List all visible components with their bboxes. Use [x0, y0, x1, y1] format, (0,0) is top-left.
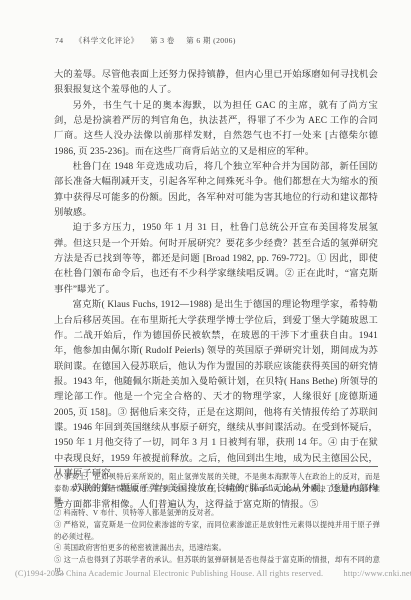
footer-url: http://www.cnki.net	[344, 569, 411, 578]
footnote-item: ② 科南特、V 布什、贝特等人都是氢弹的反对者。	[54, 507, 380, 519]
footnotes-section: ① 事实上，正如贝特后来所说的，阻止氢弹发展的关键，不是奥本海默等人在政治上的反…	[54, 471, 380, 578]
copyright-footer: (C)1994-2023 China Academic Journal Elec…	[15, 569, 411, 578]
footnote-item: ③ 严格说，富克斯是一位同位素渗滤的专家，而同位素渗滤正是放射性元素得以提纯并用…	[54, 519, 380, 543]
copyright-text: (C)1994-2023 China Academic Journal Elec…	[15, 569, 323, 578]
journal-page: 74 《科学文化评论》 第 3 卷 第 6 期 (2006) 大的羞辱。尽管他表…	[0, 0, 411, 600]
page-header: 74 《科学文化评论》 第 3 卷 第 6 期 (2006)	[55, 35, 381, 46]
volume-label: 第 3 卷	[150, 36, 175, 45]
article-body: 大的羞辱。尽管他表面上还努力保持镇静，但内心里已开始琢磨如何寻找机会狠狠报复这个…	[54, 68, 378, 513]
footnote-separator	[54, 466, 378, 467]
body-paragraph: 富克斯( Klaus Fuchs, 1912—1988) 是出生于德国的理论物理…	[54, 298, 378, 482]
journal-title: 《科学文化评论》	[75, 36, 139, 45]
body-paragraph: 迫于多方压力，1950 年 1 月 31 日，杜鲁门总统公开宣布美国将发展氢弹。…	[54, 221, 378, 298]
footnote-item: ④ 英国政府害怕更多的秘密被泄漏出去，迅速结案。	[54, 542, 380, 554]
body-paragraph: 杜鲁门在 1948 年竞选成功后，将几个独立军种合并为国防部，新任国防部长准备大…	[54, 160, 378, 221]
body-paragraph: 另外，书生气十足的奥本海默，以为担任 GAC 的主席，就有了尚方宝剑，总是扮演着…	[54, 99, 378, 160]
page-number: 74	[55, 36, 63, 45]
footnote-item: ① 事实上，正如贝特后来所说的，阻止氢弹发展的关键，不是奥本海默等人在政治上的反…	[54, 471, 380, 507]
body-paragraph: 大的羞辱。尽管他表面上还努力保持镇静，但内心里已开始琢磨如何寻找机会狠狠报复这个…	[54, 68, 378, 99]
issue-label: 第 6 期 (2006)	[186, 36, 236, 45]
